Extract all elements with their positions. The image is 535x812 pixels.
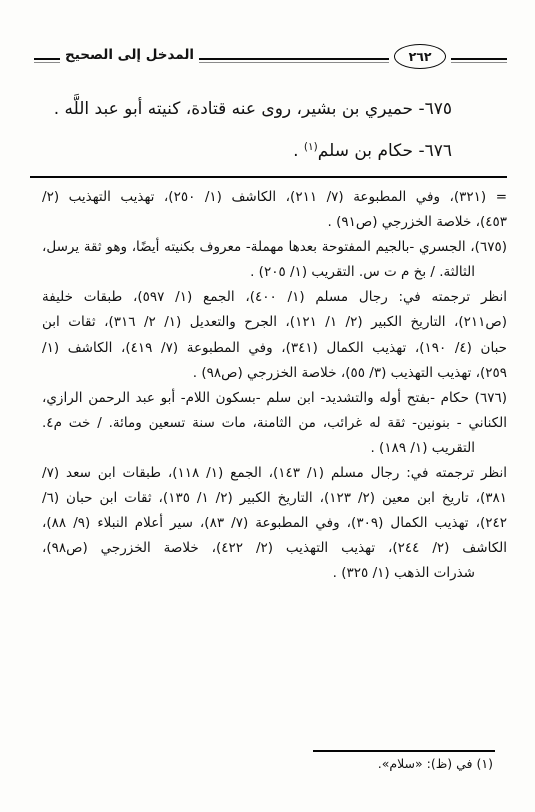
footnote-line: شذرات الذهب ‪(١/ ٣٢٥)‬ . xyxy=(42,561,507,586)
footnote-line: ٤٥٣)، خلاصة الخزرجي ‪(ص٩١)‬ . xyxy=(42,210,507,235)
header-rule-middle xyxy=(199,58,389,63)
footnote-line: التقريب ‪(١/ ١٨٩)‬ . xyxy=(42,436,507,461)
page-number: ٢٦٢ xyxy=(409,49,432,64)
bottom-footnote-area: ‪(١)‬ في (ظ): «سلام». xyxy=(28,750,507,771)
footnote-line: انظر ترجمته في: رجال مسلم ‪(١/ ١٤٣)‬، ال… xyxy=(42,461,507,486)
footnote-line: ‪(٦٧٥)‬، الجسري -بالجيم المفتوحة بعدها م… xyxy=(42,235,507,260)
header-rule-right xyxy=(451,58,507,63)
footnote-line: انظر ترجمته في: رجال مسلم ‪(١/ ٤٠٠)‬، ال… xyxy=(42,285,507,310)
footnote-line: ‪(ص٢١١)‬، التاريخ الكبير ‪(٢/ ١/ ١٢١)‬، … xyxy=(42,310,507,335)
footnotes-section: = ‪(٣٢١)‬، وفي المطبوعة ‪(٧/ ٢١١)‬، الكا… xyxy=(42,185,507,587)
footnote-line: ٢٥٩)، تهذيب التهذيب ‪(٣/ ٥٥)‬، خلاصة الخ… xyxy=(42,361,507,386)
footnote-line: ‪(٦٧٦)‬ حكام -بفتح أوله والتشديد- ابن سل… xyxy=(42,386,507,411)
entry-676: ٦٧٦- حكام بن سلم(١) . xyxy=(42,128,452,170)
page-header: ٢٦٢ المدخل إلى الصحيح xyxy=(34,43,507,69)
page-number-badge: ٢٦٢ xyxy=(394,44,446,69)
footnote-line: ٣٨١)، تاريخ ابن معين ‪(٢/ ١٢٣)‬، التاريخ… xyxy=(42,486,507,511)
footnote-line: الكاشف ‪(٢/ ٢٤٤)‬، تهذيب التهذيب ‪(٢/ ٤٢… xyxy=(42,536,507,561)
bottom-footnote-text: ‪(١)‬ في (ظ): «سلام». xyxy=(28,756,507,771)
footnote-line: حبان ‪(٤/ ١٩٠)‬، تهذيب الكمال ‪(٣٤١)‬، و… xyxy=(42,336,507,361)
header-rule-left xyxy=(34,58,60,63)
main-text: ٦٧٥- حميري بن بشير، روى عنه قتادة، كنيته… xyxy=(42,90,507,170)
entry-675: ٦٧٥- حميري بن بشير، روى عنه قتادة، كنيته… xyxy=(42,90,452,128)
footnote-section-divider xyxy=(30,176,507,178)
footnote-marker-1: (١) xyxy=(304,141,318,153)
entry-676-suffix: . xyxy=(293,141,304,161)
entry-676-text: ٦٧٦- حكام بن سلم xyxy=(318,141,452,161)
book-page: ٢٦٢ المدخل إلى الصحيح ٦٧٥- حميري بن بشير… xyxy=(0,0,535,812)
footnote-line: = ‪(٣٢١)‬، وفي المطبوعة ‪(٧/ ٢١١)‬، الكا… xyxy=(42,185,507,210)
entry-675-text: ٦٧٥- حميري بن بشير، روى عنه قتادة، كنيته… xyxy=(54,99,452,119)
footnote-line: ٢٤٢)، تهذيب الكمال ‪(٣٠٩)‬، وفي المطبوعة… xyxy=(42,511,507,536)
bottom-footnote-separator xyxy=(313,750,495,752)
footnote-line: الثالثة. / بخ م ت س. التقريب ‪(١/ ٢٠٥)‬ … xyxy=(42,260,507,285)
footnote-line: الكناني - بنونين- ثقة له غرائب، من الثام… xyxy=(42,411,507,436)
book-title: المدخل إلى الصحيح xyxy=(65,47,194,65)
